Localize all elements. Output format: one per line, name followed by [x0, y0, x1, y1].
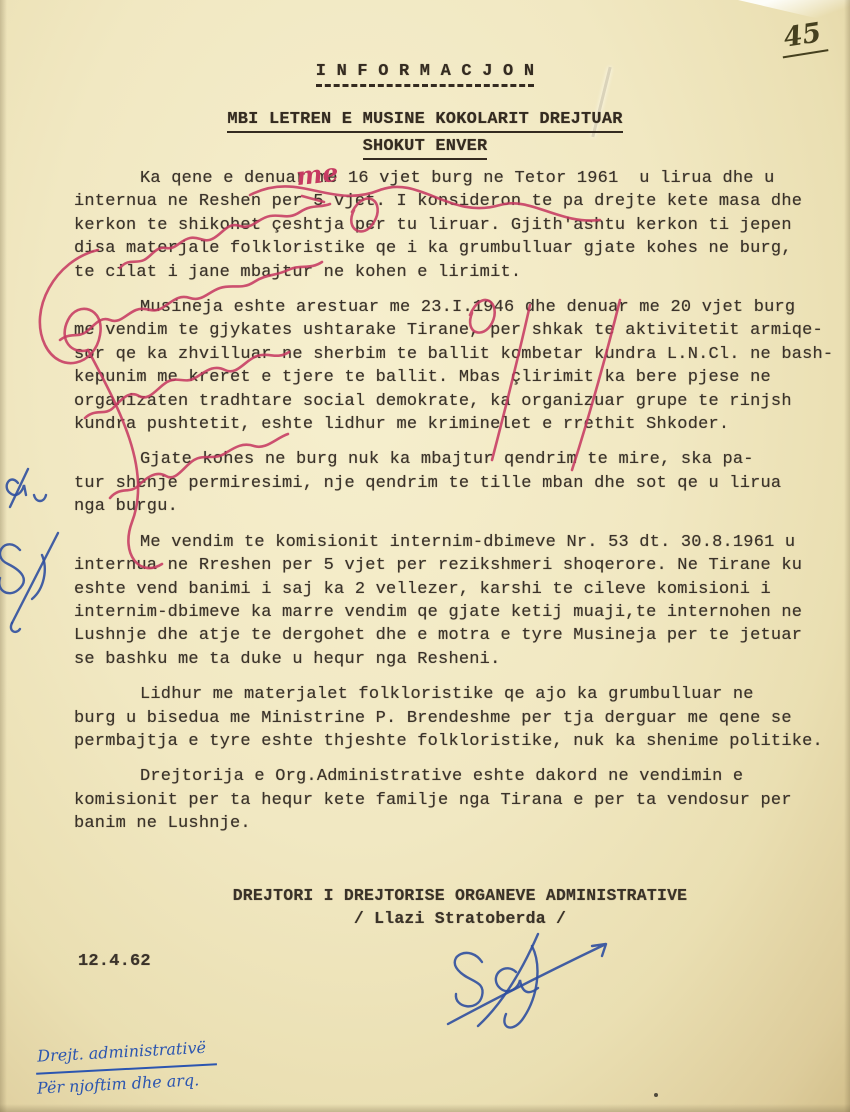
- typed-paragraph: Me vendim te komisionit internim-dbimeve…: [74, 531, 822, 671]
- typed-paragraph: Ka qene e denuar me 16 vjet burg ne Teto…: [74, 167, 822, 284]
- red-ink-insert: me: [295, 158, 340, 191]
- typed-line: sor qe ka zhvilluar ne sherbim te ballit…: [74, 343, 822, 366]
- typed-line: internim-dbimeve ka marre vendim qe gjat…: [74, 601, 822, 624]
- scan-edge-left: [0, 0, 7, 1112]
- document-title: I N F O R M A C J O N: [0, 62, 850, 81]
- ink-speck: [654, 1093, 658, 1097]
- typed-paragraph: Drejtorija e Org.Administrative eshte da…: [74, 765, 822, 835]
- scanned-document-page: 45 I N F O R M A C J O N MBI LETREN E MU…: [0, 0, 850, 1112]
- typed-line: Lushnje dhe atje te dergohet dhe e motra…: [74, 624, 822, 647]
- typed-line: te cilat i jane mbajtur ne kohen e lirim…: [74, 261, 822, 284]
- handwritten-page-number: 45: [778, 17, 828, 59]
- signature-block: DREJTORI I DREJTORISE ORGANEVE ADMINISTR…: [150, 886, 770, 928]
- typed-paragraph: Musineja eshte arestuar me 23.I.1946 dhe…: [74, 296, 822, 436]
- signature-title-line: DREJTORI I DREJTORISE ORGANEVE ADMINISTR…: [150, 886, 770, 905]
- typed-line: se bashku me ta duke u hequr nga Resheni…: [74, 648, 822, 671]
- typed-line: burg u bisedua me Ministrine P. Brendesh…: [74, 707, 822, 730]
- typed-line: me vendim te gjykates ushtarake Tirane, …: [74, 319, 822, 342]
- typed-line: kundra pushtetit, eshte lidhur me krimin…: [74, 413, 822, 436]
- blue-ink-note: Drejt. administrativë Për njoftim dhe ar…: [35, 1035, 219, 1100]
- document-date: 12.4.62: [78, 952, 151, 971]
- typed-line: disa materjale folkloristike qe i ka gru…: [74, 237, 822, 260]
- document-subject-line2: SHOKUT ENVER: [0, 137, 850, 156]
- typed-paragraph: Lidhur me materjalet folkloristike qe aj…: [74, 683, 822, 753]
- typed-line: nga burgu.: [74, 495, 822, 518]
- document-subject-line1: MBI LETREN E MUSINE KOKOLARIT DREJTUAR: [0, 110, 850, 129]
- typed-body: Ka qene e denuar me 16 vjet burg ne Teto…: [74, 167, 822, 848]
- typed-line: Lidhur me materjalet folkloristike qe aj…: [74, 683, 822, 706]
- typed-line: kepunim me kreret e tjere te ballit. Mba…: [74, 366, 822, 389]
- typed-line: Ka qene e denuar me 16 vjet burg ne Teto…: [74, 167, 822, 190]
- scan-edge-bottom: [0, 1104, 850, 1112]
- typed-line: Drejtorija e Org.Administrative eshte da…: [74, 765, 822, 788]
- typed-line: komisionit per ta hequr kete familje nga…: [74, 789, 822, 812]
- typed-line: eshte vend banimi i saj ka 2 vellezer, k…: [74, 578, 822, 601]
- typed-line: banim ne Lushnje.: [74, 812, 822, 835]
- scan-edge-right: [844, 0, 850, 1112]
- typed-line: permbajtja e tyre eshte thjeshte folklor…: [74, 730, 822, 753]
- typed-paragraph: Gjate kohes ne burg nuk ka mbajtur qendr…: [74, 448, 822, 518]
- typed-line: Musineja eshte arestuar me 23.I.1946 dhe…: [74, 296, 822, 319]
- signature-name-line: / Llazi Stratoberda /: [150, 909, 770, 928]
- typed-line: Gjate kohes ne burg nuk ka mbajtur qendr…: [74, 448, 822, 471]
- typed-line: internua ne Reshen per 5 vjet. I konside…: [74, 190, 822, 213]
- typed-line: organizaten tradhtare social demokrate, …: [74, 390, 822, 413]
- typed-line: kerkon te shikohet çeshtja per tu liruar…: [74, 214, 822, 237]
- blue-signature: [420, 928, 630, 1033]
- typed-line: Me vendim te komisionit internim-dbimeve…: [74, 531, 822, 554]
- scan-edge-top-right: [710, 0, 850, 26]
- typed-line: internua ne Rreshen per 5 vjet per rezik…: [74, 554, 822, 577]
- typed-line: tur shenje permiresimi, nje qendrim te t…: [74, 472, 822, 495]
